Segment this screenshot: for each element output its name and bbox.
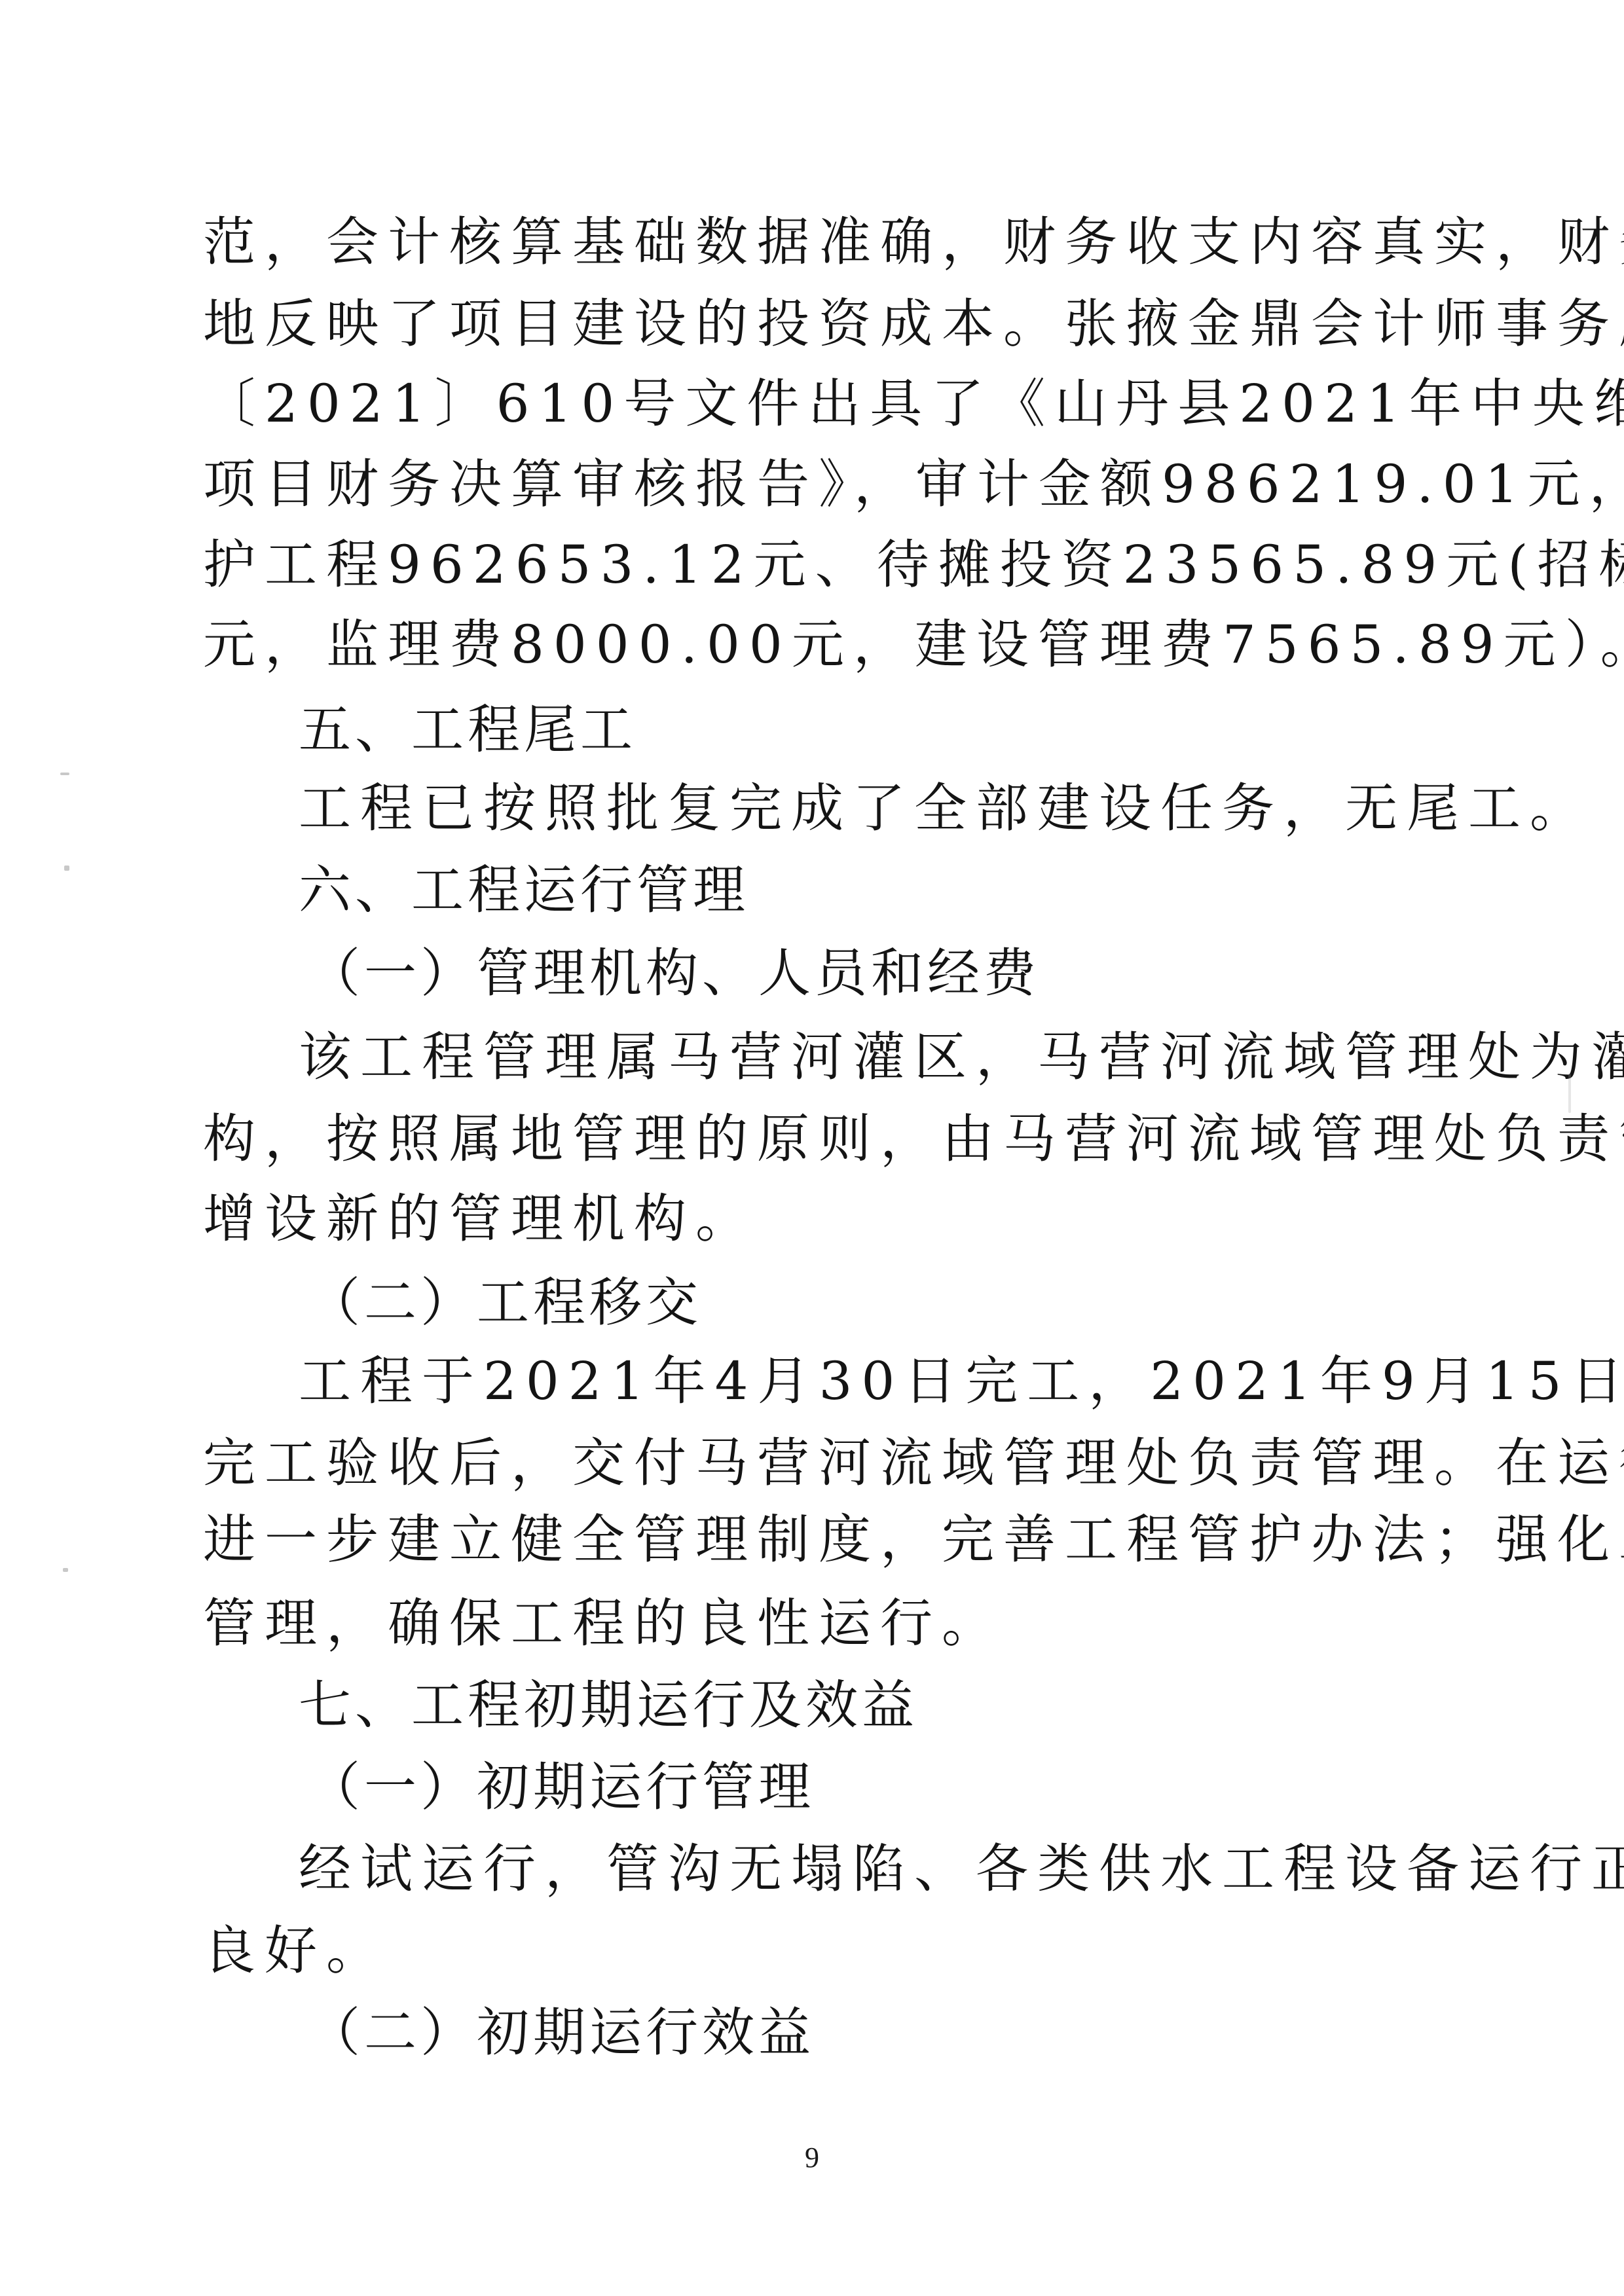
section-heading-6: 六、工程运行管理 (203, 854, 1398, 926)
subsection-heading-7-1: （一）初期运行管理 (203, 1751, 1398, 1823)
paragraph-line: 工程已按照批复完成了全部建设任务，无尾工。 (203, 773, 1398, 845)
paragraph-line: 元，监理费8000.00元，建设管理费7565.89元）。 (203, 609, 1398, 681)
scan-artifact (64, 866, 69, 871)
paragraph-line: 增设新的管理机构。 (203, 1183, 1398, 1255)
scan-artifact (1568, 1074, 1571, 1113)
paragraph-line: 进一步建立健全管理制度，完善工程管护办法；强化工程的有效 (203, 1504, 1398, 1576)
section-heading-7: 七、工程初期运行及效益 (203, 1669, 1398, 1741)
paragraph-line: 管理，确保工程的良性运行。 (203, 1588, 1398, 1660)
paragraph-line: 构，按照属地管理的原则，由马营河流域管理处负责管理，不再 (203, 1103, 1398, 1175)
section-heading-5: 五、工程尾工 (203, 694, 1398, 766)
paragraph-line: 项目财务决算审核报告》，审计金额986219.01元，其中维修养 (203, 448, 1398, 520)
paragraph-line: 良好。 (203, 1915, 1398, 1987)
subsection-heading-6-1: （一）管理机构、人员和经费 (203, 938, 1398, 1010)
paragraph-line: 地反映了项目建设的投资成本。张掖金鼎会计师事务所以金鼎审 (203, 288, 1398, 360)
subsection-heading-6-2: （二）工程移交 (203, 1267, 1398, 1339)
document-page: 范，会计核算基础数据准确，财务收支内容真实，财务决算公允 地反映了项目建设的投资… (0, 0, 1624, 2296)
paragraph-line: 完工验收后，交付马营河流域管理处负责管理。在运行管护中， (203, 1427, 1398, 1499)
paragraph-line: 〔2021〕610号文件出具了《山丹县2021年中央维修养护资金 (203, 368, 1398, 440)
scan-artifact (60, 773, 69, 775)
paragraph-line: 经试运行，管沟无塌陷、各类供水工程设备运行正常、质量 (203, 1833, 1398, 1905)
scan-artifact (63, 1568, 68, 1572)
paragraph-line: 工程于2021年4月30日完工，2021年9月15日合同工程 (203, 1345, 1398, 1417)
page-number: 9 (0, 2141, 1624, 2174)
paragraph-line: 护工程962653.12元、待摊投资23565.89元(招标代理费8000.00 (203, 529, 1398, 601)
subsection-heading-7-2: （二）初期运行效益 (203, 1997, 1398, 2069)
paragraph-line: 该工程管理属马营河灌区，马营河流域管理处为灌区管理机 (203, 1021, 1398, 1093)
paragraph-line: 范，会计核算基础数据准确，财务收支内容真实，财务决算公允 (203, 206, 1398, 278)
